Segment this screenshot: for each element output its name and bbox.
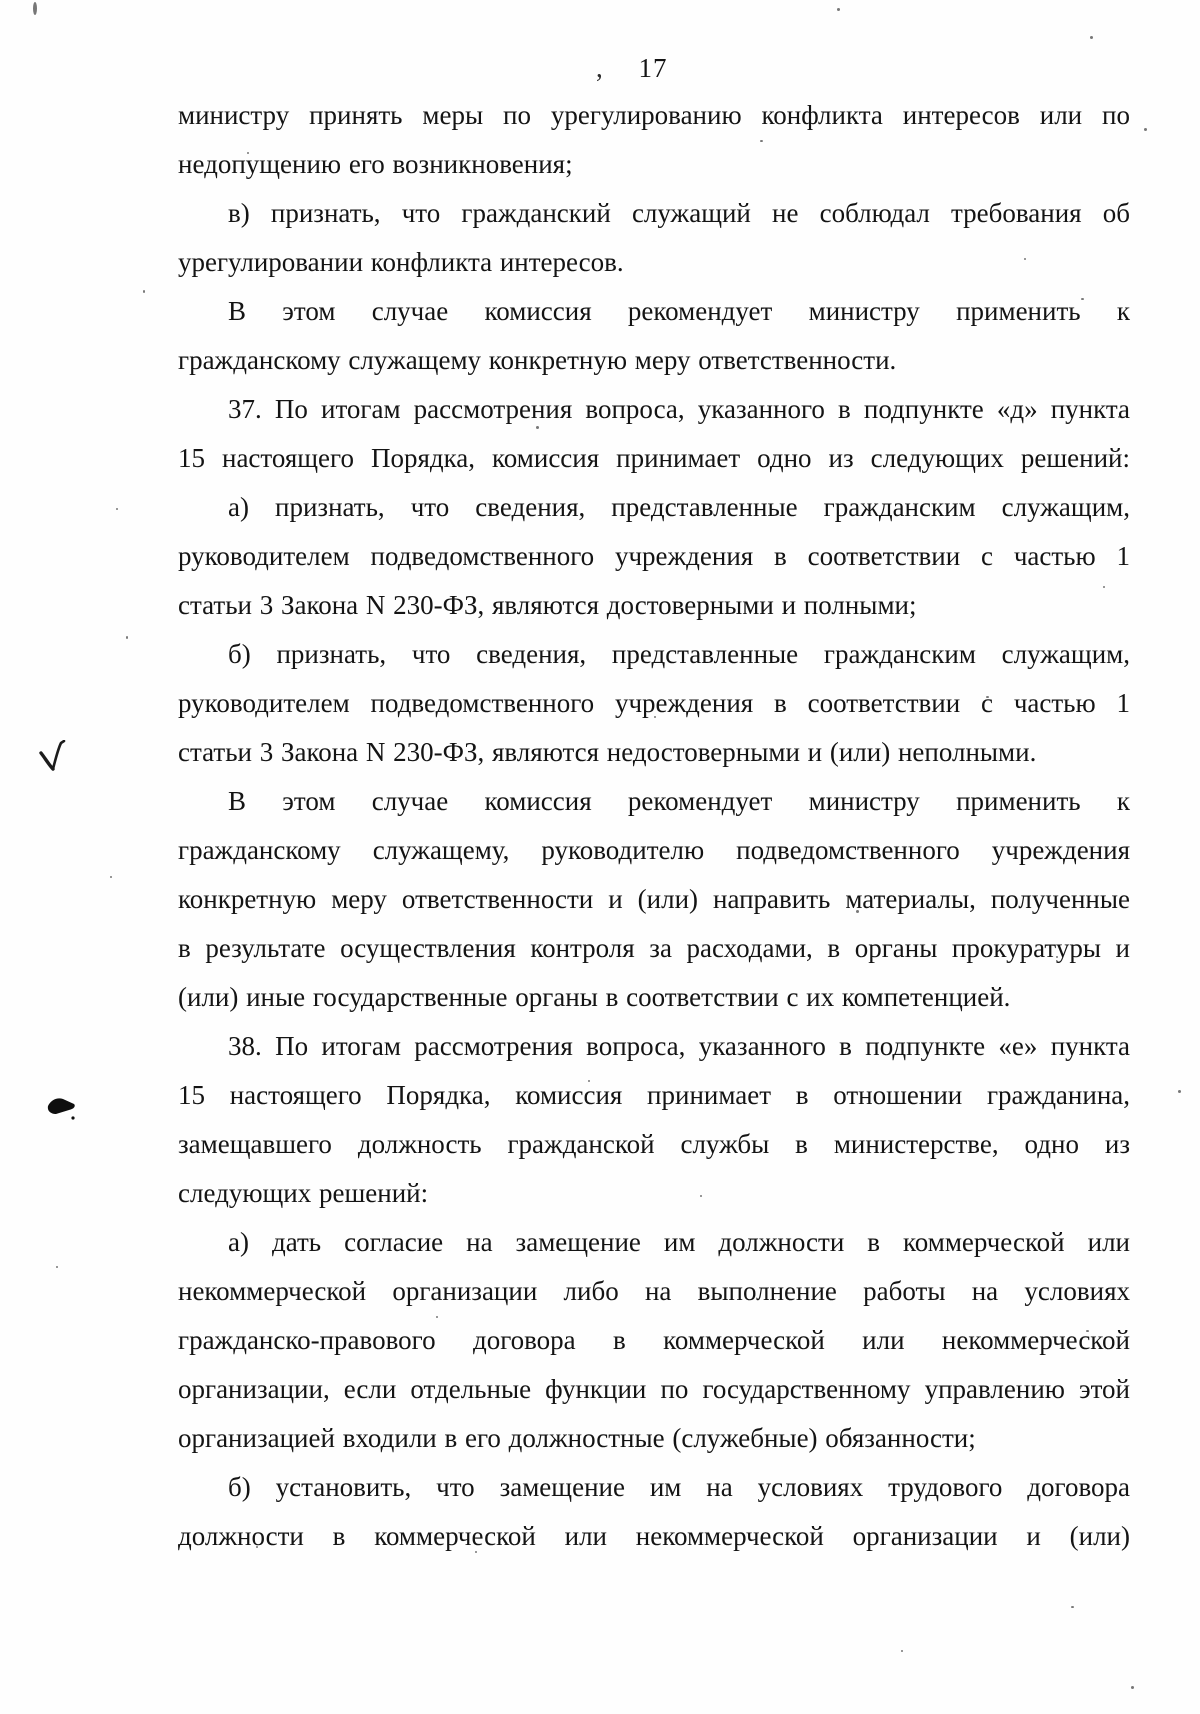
noise-speck	[837, 8, 840, 11]
text-line: 37. По итогам рассмотрения вопроса, указ…	[178, 385, 1130, 434]
text-line: гражданскому служащему, руководителю под…	[178, 826, 1130, 875]
text-line: статьи 3 Закона N 230-ФЗ, являются недос…	[178, 728, 1130, 777]
noise-speck	[436, 1316, 438, 1318]
noise-speck	[588, 1080, 590, 1082]
page-number: 17	[603, 44, 703, 93]
noise-speck	[760, 140, 763, 142]
text-line: некоммерческой организации либо на выпол…	[178, 1267, 1130, 1316]
noise-speck	[986, 696, 989, 698]
noise-speck	[1090, 36, 1093, 39]
text-line: в результате осуществления контроля за р…	[178, 924, 1130, 973]
noise-speck	[1024, 258, 1026, 260]
noise-speck	[1118, 416, 1120, 418]
noise-speck	[226, 1000, 228, 1002]
text-line: недопущению его возникновения;	[178, 140, 1130, 189]
noise-speck	[843, 560, 846, 562]
handwritten-check-mark-icon	[38, 740, 68, 776]
text-line: урегулировании конфликта интересов.	[178, 238, 1130, 287]
noise-speck	[33, 2, 37, 15]
text-line: организации, если отдельные функции по г…	[178, 1365, 1130, 1414]
noise-speck	[110, 876, 112, 878]
text-line: а) дать согласие на замещение им должнос…	[178, 1218, 1130, 1267]
text-line: руководителем подведомственного учрежден…	[178, 532, 1130, 581]
text-line: В этом случае комиссия рекомендует минис…	[178, 287, 1130, 336]
text-line: 15 настоящего Порядка, комиссия принимае…	[178, 434, 1130, 483]
text-line: министру принять меры по урегулированию …	[178, 91, 1130, 140]
document-text: министру принять меры по урегулированию …	[178, 91, 1130, 1561]
document-page: , 17 министру принять меры по урегулиров…	[0, 0, 1200, 1714]
text-line: статьи 3 Закона N 230-ФЗ, являются досто…	[178, 581, 1130, 630]
noise-speck	[56, 1266, 58, 1268]
text-line: конкретную меру ответственности и (или) …	[178, 875, 1130, 924]
text-line: б) признать, что сведения, представленны…	[178, 630, 1130, 679]
noise-speck	[1081, 298, 1084, 300]
noise-speck	[1103, 586, 1105, 588]
text-line: (или) иные государственные органы в соот…	[178, 973, 1130, 1022]
noise-speck	[1144, 128, 1147, 131]
noise-speck	[856, 910, 859, 913]
text-line: следующих решений:	[178, 1169, 1130, 1218]
text-line: б) установить, что замещение им на услов…	[178, 1463, 1130, 1512]
text-line: 15 настоящего Порядка, комиссия принимае…	[178, 1071, 1130, 1120]
text-line: в) признать, что гражданский служащий не…	[178, 189, 1130, 238]
noise-speck	[1178, 1090, 1181, 1093]
noise-speck	[256, 1546, 258, 1548]
noise-speck	[1131, 1686, 1134, 1689]
noise-speck	[143, 290, 145, 293]
noise-speck	[700, 1195, 702, 1197]
noise-speck	[1056, 956, 1058, 958]
text-line: а) признать, что сведения, представленны…	[178, 483, 1130, 532]
text-line: руководителем подведомственного учрежден…	[178, 679, 1130, 728]
text-line: гражданско-правового договора в коммерче…	[178, 1316, 1130, 1365]
noise-speck	[536, 426, 539, 429]
noise-speck	[654, 716, 656, 718]
noise-speck	[1086, 1330, 1089, 1332]
text-line: гражданскому служащему конкретную меру о…	[178, 336, 1130, 385]
noise-speck	[126, 636, 128, 639]
stray-comma-mark: ,	[596, 44, 603, 93]
noise-speck	[247, 152, 249, 154]
noise-speck	[901, 1650, 903, 1652]
text-line: В этом случае комиссия рекомендует минис…	[178, 777, 1130, 826]
ink-blob-mark-icon	[47, 1094, 81, 1124]
noise-speck	[1071, 1606, 1074, 1608]
noise-speck	[475, 1551, 477, 1553]
noise-speck	[116, 508, 118, 510]
text-line: замещавшего должность гражданской службы…	[178, 1120, 1130, 1169]
text-line: организацией входили в его должностные (…	[178, 1414, 1130, 1463]
text-line: 38. По итогам рассмотрения вопроса, указ…	[178, 1022, 1130, 1071]
text-line: должности в коммерческой или некоммерчес…	[178, 1512, 1130, 1561]
